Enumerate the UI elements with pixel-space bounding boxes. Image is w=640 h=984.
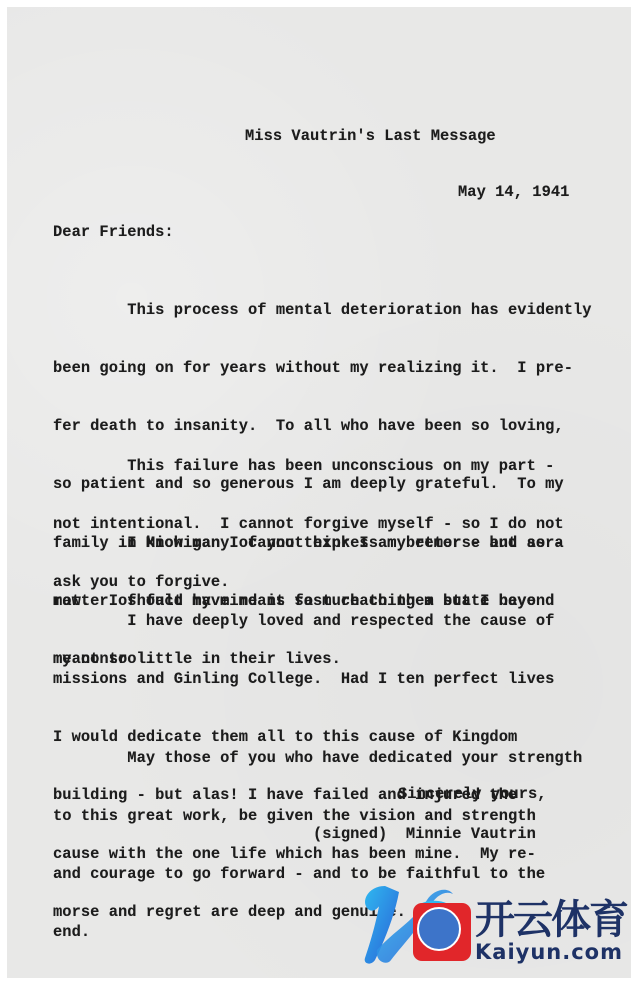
document-title: Miss Vautrin's Last Message xyxy=(245,127,496,146)
document-date: May 14, 1941 xyxy=(458,183,569,202)
text-line: This failure has been unconscious on my … xyxy=(53,457,564,476)
closing: Sincerely yours, xyxy=(398,785,547,804)
watermark-logo: 开云体育 Kaiyun.com xyxy=(355,880,635,970)
text-line: to this great work, be given the vision … xyxy=(53,807,582,826)
signature: (signed) Minnie Vautrin xyxy=(313,825,536,844)
soccer-ball-icon xyxy=(417,907,461,951)
text-line: I know many of you think I am better - b… xyxy=(53,534,564,553)
text-line: missions and Ginling College. Had I ten … xyxy=(53,670,554,689)
text-line: I have deeply loved and respected the ca… xyxy=(53,612,554,631)
salutation: Dear Friends: xyxy=(53,223,174,242)
text-line: May those of you who have dedicated your… xyxy=(53,749,582,768)
text-line: This process of mental deterioration has… xyxy=(53,301,592,320)
watermark-chinese-text: 开云体育 xyxy=(475,898,627,942)
document-page: Miss Vautrin's Last Message May 14, 1941… xyxy=(7,7,631,978)
watermark-domain-text: Kaiyun.com xyxy=(475,940,623,964)
text-line: been going on for years without my reali… xyxy=(53,359,592,378)
